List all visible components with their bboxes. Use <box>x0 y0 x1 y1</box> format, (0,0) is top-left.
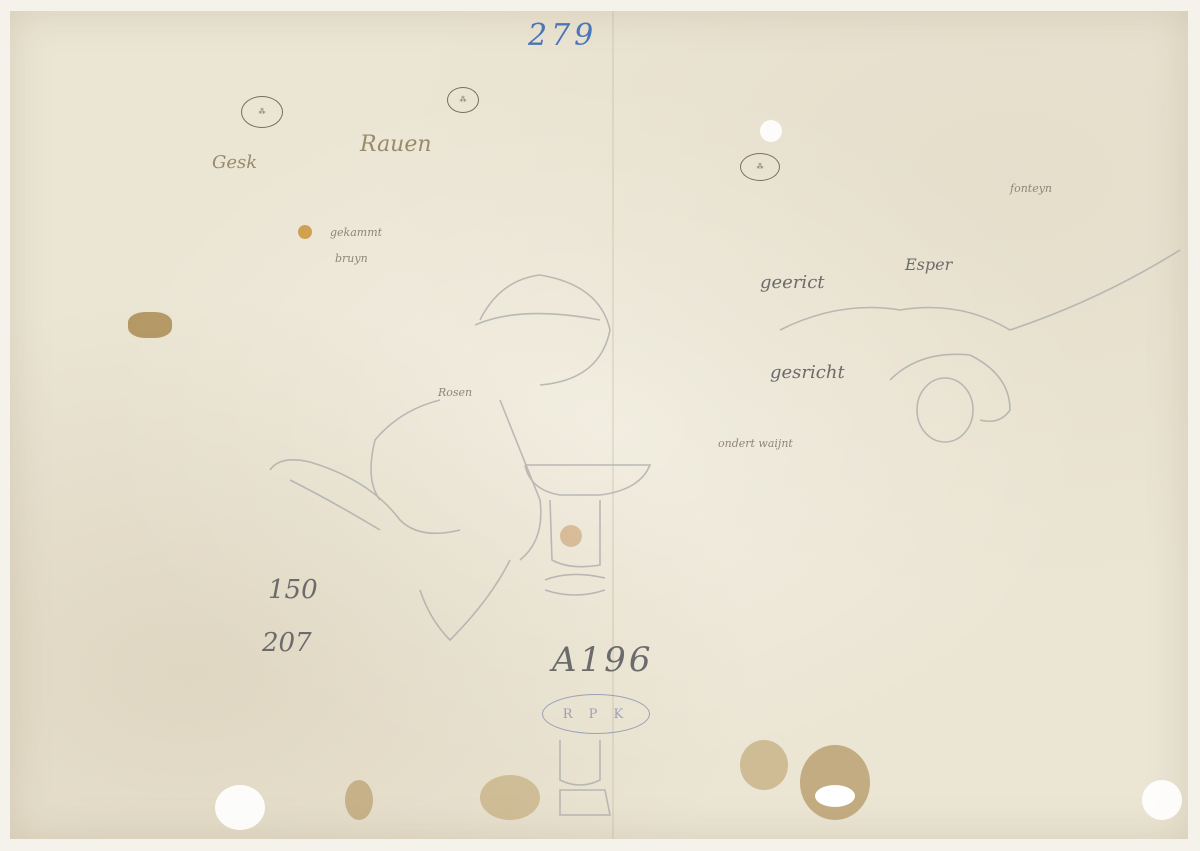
collector-stamp: ⁂ <box>740 153 780 181</box>
left-number-1: 150 <box>268 575 318 605</box>
museum-oval-stamp: R P K <box>542 694 650 734</box>
collector-stamp: ⁂ <box>447 87 479 113</box>
small-note: fonteyn <box>1010 182 1052 195</box>
inventory-number: A196 <box>552 640 653 680</box>
collector-stamp: ⁂ <box>241 96 283 128</box>
inscription-gesk: Gesk <box>212 152 257 173</box>
inscription-rauen: Rauen <box>360 132 432 157</box>
sheet-number: 279 <box>528 18 597 53</box>
small-note: ondert waijnt <box>718 437 793 450</box>
left-number-2: 207 <box>262 628 312 658</box>
inscription-geerict: geerict <box>760 272 825 293</box>
small-note: bruyn <box>335 252 368 265</box>
small-note: Rosen <box>438 386 472 399</box>
small-note: gekammt <box>330 226 382 239</box>
inscription-esper: Esper <box>905 255 952 274</box>
inscription-gesricht: gesricht <box>770 362 845 383</box>
